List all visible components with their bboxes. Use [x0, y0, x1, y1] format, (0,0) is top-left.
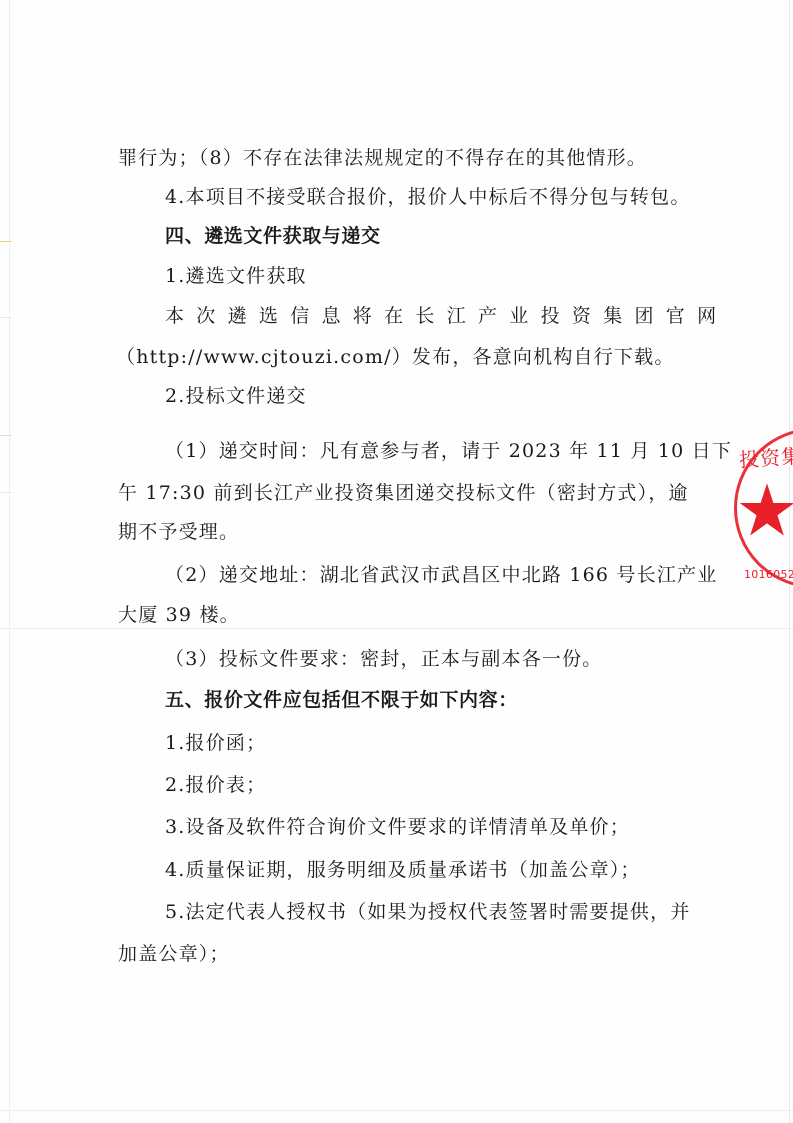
section-heading: 五、报价文件应包括但不限于如下内容： — [165, 688, 518, 712]
margin-mark — [0, 435, 12, 436]
subsection-heading: 2.投标文件递交 — [165, 384, 307, 408]
seal-code: 1016052 — [744, 568, 793, 581]
scan-edge-left — [9, 0, 10, 1123]
text-line: （2）递交地址：湖北省武汉市武昌区中北路 166 号长江产业 — [165, 563, 717, 587]
text-line: （3）投标文件要求：密封，正本与副本各一份。 — [165, 647, 603, 671]
text-line: 午 17:30 前到长江产业投资集团递交投标文件（密封方式），逾 — [118, 481, 689, 505]
list-item: 2.报价表； — [165, 773, 266, 797]
document-page: 罪行为；（8）不存在法律法规规定的不得存在的其他情形。 4.本项目不接受联合报价… — [0, 0, 793, 1123]
star-icon — [738, 482, 793, 538]
scan-artifact-line — [0, 628, 793, 629]
margin-mark — [0, 492, 12, 493]
margin-mark — [0, 317, 12, 318]
list-item: 5.法定代表人授权书（如果为授权代表签署时需要提供，并 — [165, 900, 691, 924]
text-line: 期不予受理。 — [118, 520, 239, 544]
list-item-continuation: 加盖公章）； — [118, 942, 230, 966]
margin-mark — [0, 241, 12, 242]
list-item: 1.报价函； — [165, 731, 266, 755]
scan-artifact-line — [0, 1110, 793, 1111]
text-line: （1）递交时间：凡有意参与者，请于 2023 年 11 月 10 日下 — [165, 439, 732, 463]
text-line: 4.本项目不接受联合报价，报价人中标后不得分包与转包。 — [165, 185, 691, 209]
text-line: 大厦 39 楼。 — [118, 603, 240, 627]
subsection-heading: 1.遴选文件获取 — [165, 264, 307, 288]
text-line: 罪行为；（8）不存在法律法规规定的不得存在的其他情形。 — [118, 146, 647, 170]
text-line: 本次遴选信息将在长江产业投资集团官网 — [165, 304, 728, 328]
text-line-url: （http://www.cjtouzi.com/）发布，各意向机构自行下载。 — [116, 345, 675, 369]
list-item: 4.质量保证期，服务明细及质量承诺书（加盖公章）； — [165, 858, 641, 882]
seal-text: 投资集 — [738, 440, 793, 473]
list-item: 3.设备及软件符合询价文件要求的详情清单及单价； — [165, 815, 630, 839]
section-heading: 四、遴选文件获取与递交 — [165, 224, 381, 248]
